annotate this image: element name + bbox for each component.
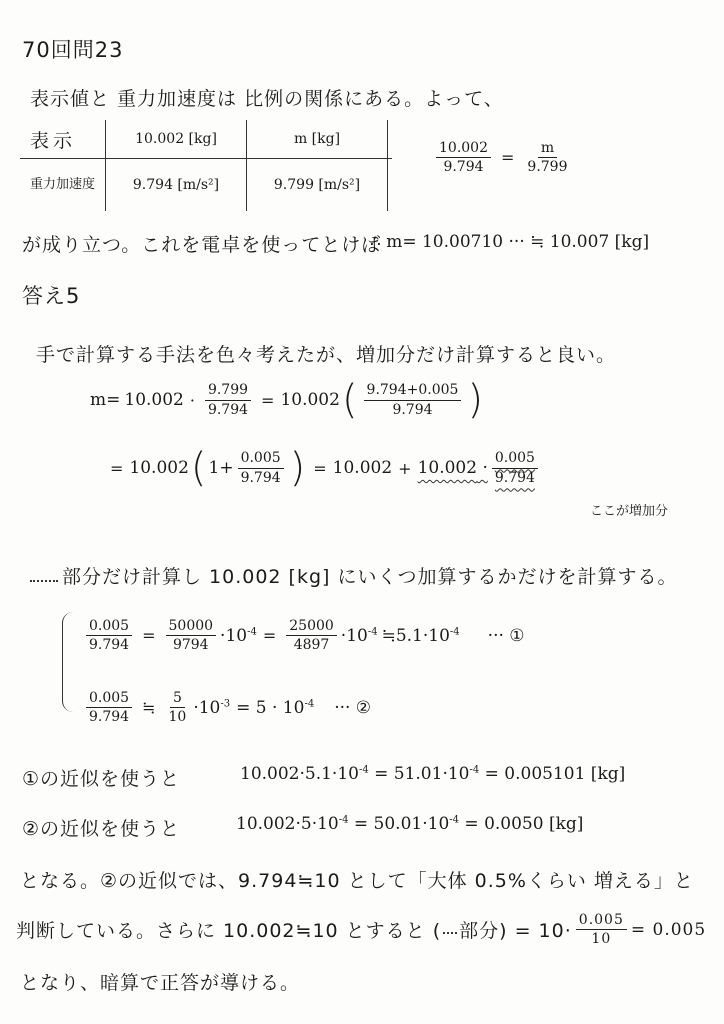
brace-icon xyxy=(62,612,73,712)
cell-gravity-1: 9.794 [m/s²] xyxy=(106,159,247,212)
wavy-mark-icon xyxy=(443,926,457,934)
calc-result: ∴ m= 10.00710 ··· ≒ 10.007 [kg] xyxy=(370,232,649,252)
partial-intro: 部分だけ計算し 10.002 [kg] にいくつ加算するかだけを計算する。 xyxy=(30,562,678,589)
data-table: 表示 10.002 [kg] m [kg] 重力加速度 9.794 [m/s²]… xyxy=(20,120,392,211)
use2-expr: 10.002·5·10-4 = 50.01·10-4 = 0.0050 [kg] xyxy=(236,814,583,834)
calc-text: が成り立つ。これを電卓を使ってとけば xyxy=(22,230,381,257)
method-intro: 手で計算する手法を色々考えたが、増加分だけ計算すると良い。 xyxy=(36,340,616,367)
conclusion-1: となる。②の近似では、9.794≒10 として「大体 0.5%くらい 増える」と xyxy=(20,866,694,893)
use2-label: ②の近似を使うと xyxy=(22,814,180,841)
conclusion-2: 判断している。さらに 10.002≒10 とすると ( 部分) = 10· 0.… xyxy=(16,912,706,947)
use1-expr: 10.002·5.1·10-4 = 51.01·10-4 = 0.005101 … xyxy=(240,764,625,784)
approx-1: 0.0059.794 = 500009794 ·10-4 = 250004897… xyxy=(82,618,525,653)
increase-part: 10.002 · xyxy=(418,458,488,478)
answer: 答え5 xyxy=(22,280,80,310)
ratio-equation: 10.0029.794 = m9.799 xyxy=(432,140,575,175)
cell-display-1: 10.002 [kg] xyxy=(106,120,247,159)
row-label-gravity: 重力加速度 xyxy=(20,159,106,212)
cell-display-2: m [kg] xyxy=(247,120,388,159)
page-title: 70回問23 xyxy=(22,34,123,64)
approx-2: 0.0059.794 ≒ 510 ·10-3 = 5 · 10-4 ··· ② xyxy=(82,690,371,725)
intro-text: 表示値と 重力加速度は 比例の関係にある。よって、 xyxy=(30,84,504,111)
cell-gravity-2: 9.799 [m/s²] xyxy=(247,159,388,212)
increase-note: ここが増加分 xyxy=(590,500,668,519)
equation-2: = 10.002 ( 1+ 0.0059.794 ) = 10.002 + 10… xyxy=(104,448,542,488)
equation-1: m= 10.002 · 9.7999.794 = 10.002 ( 9.794+… xyxy=(90,380,485,420)
row-label-display: 表示 xyxy=(20,120,106,159)
conclusion-3: となり、暗算で正答が導ける。 xyxy=(20,968,300,995)
use1-label: ①の近似を使うと xyxy=(22,764,180,791)
wavy-mark-icon xyxy=(30,574,58,582)
